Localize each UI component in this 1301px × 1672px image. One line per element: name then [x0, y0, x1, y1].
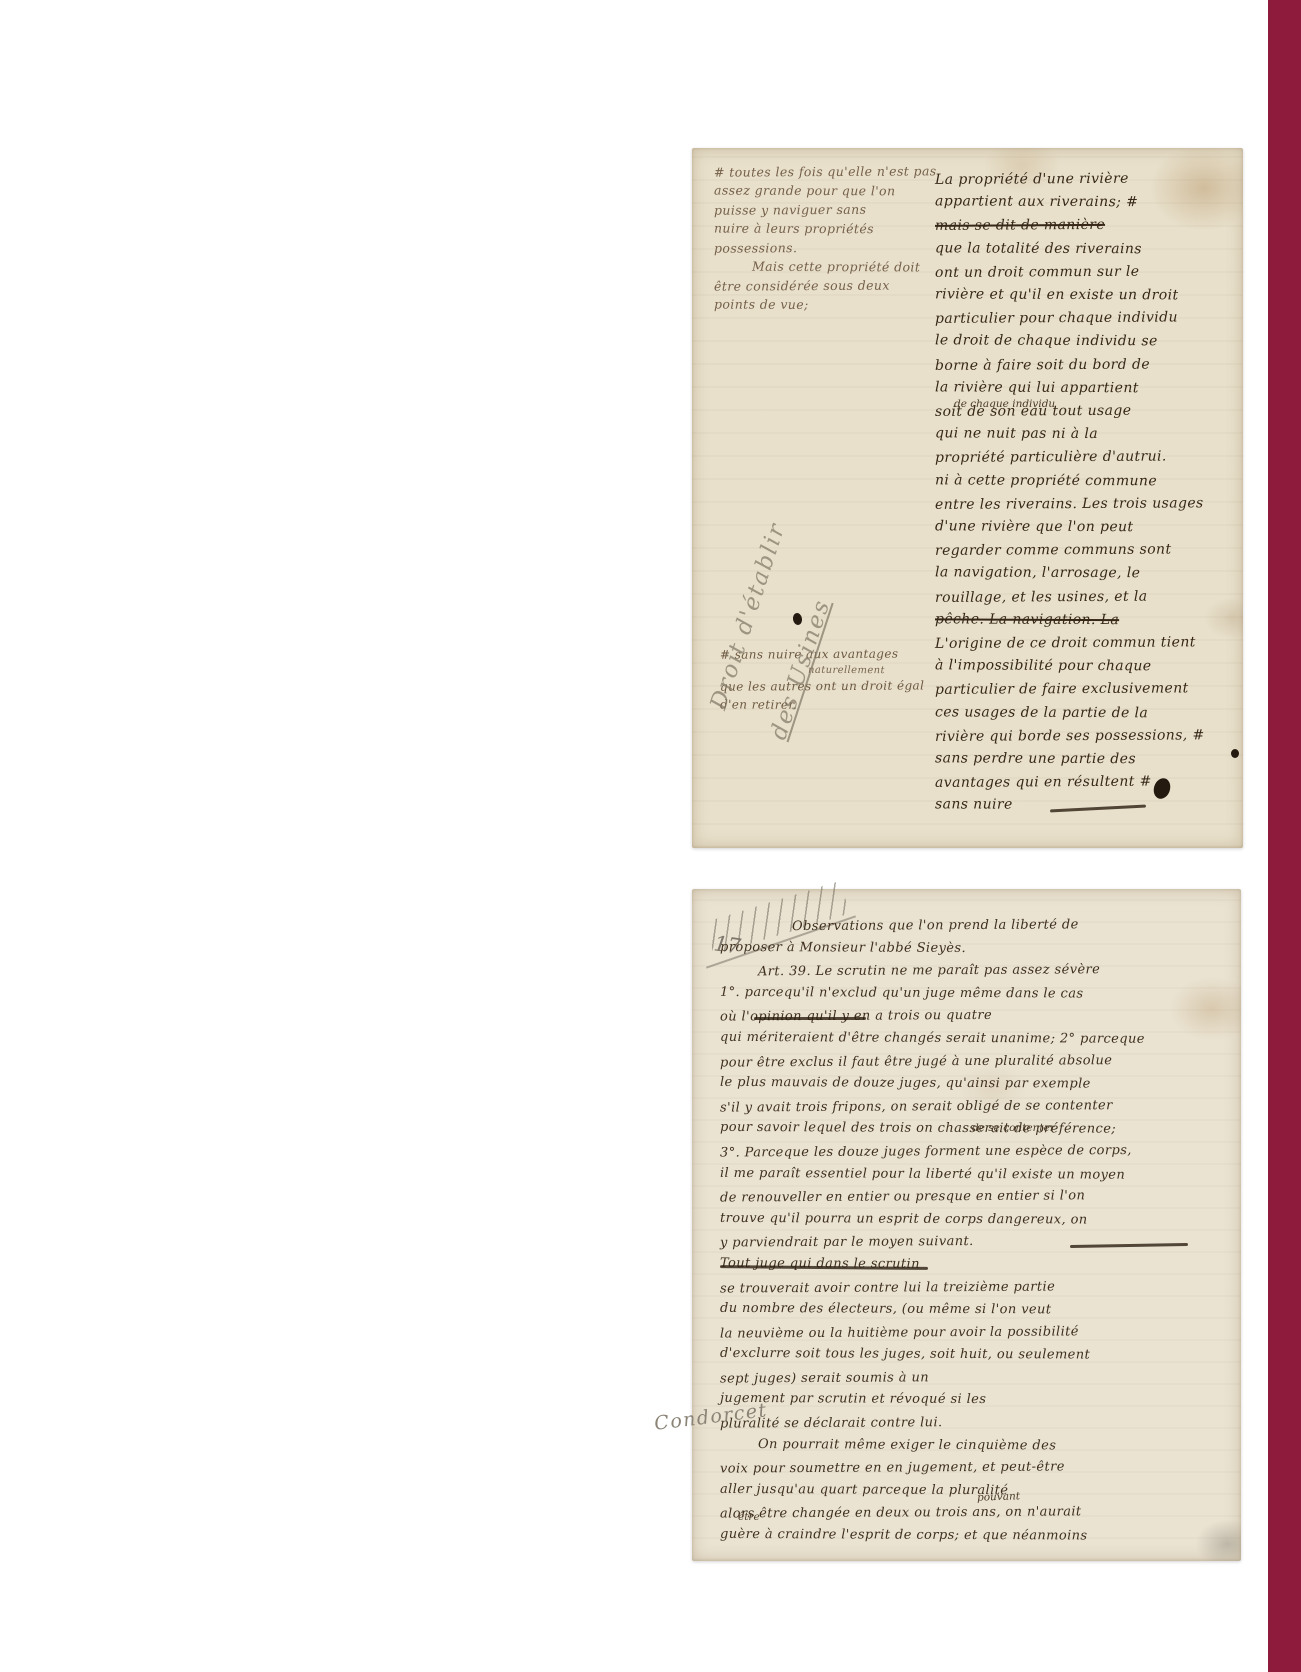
manuscript-line: le plus mauvais de douze juges, qu'ainsi… [720, 1072, 1228, 1097]
manuscript-line: pluralité se déclarait contre lui. [720, 1411, 1228, 1437]
manuscript-line: borne à faire soit du bord de [935, 353, 1240, 378]
manuscript-line: s'il y avait trois fripons, on serait ob… [720, 1094, 1228, 1120]
manuscript-line: à l'impossibilité pour chaque [935, 655, 1240, 680]
interlinear-insertion: de chaque individu [954, 398, 1055, 410]
manuscript-line: alors être changée en deux ou trois ans,… [720, 1501, 1228, 1527]
manuscript1-footnote: # sans nuire aux avantagesnaturellementq… [720, 645, 960, 716]
manuscript-line: 3°. Parceque les douze juges forment une… [720, 1139, 1228, 1165]
accent-bar [1268, 0, 1301, 1672]
manuscript-line: entre les riverains. Les trois usages [935, 492, 1240, 517]
manuscript-line: Observations que l'on prend la liberté d… [720, 913, 1228, 939]
manuscript-line: Mais cette propriété doit [714, 257, 939, 277]
manuscript-line: être considérée sous deux [714, 275, 939, 295]
manuscript-line: On pourrait même exiger le cinquième des [720, 1434, 1228, 1459]
manuscript-line: pêche. La navigation. La [935, 608, 1240, 633]
manuscript1-left-column: # toutes les fois qu'elle n'est pasassez… [714, 162, 939, 314]
manuscript-line: sans perdre une partie des [935, 747, 1240, 772]
manuscript-line: avantages qui en résultent # [935, 770, 1240, 795]
manuscript-line: mais se dit de manière [935, 213, 1240, 238]
manuscript-line: de renouveller en entier ou presque en e… [720, 1185, 1228, 1211]
manuscript-line: que la totalité des riverains [935, 237, 1240, 262]
manuscript-line: que les autres ont un droit égal [720, 676, 960, 697]
manuscript-line: proposer à Monsieur l'abbé Sieyès. [720, 936, 1228, 961]
manuscript-line: Art. 39. Le scrutin ne me paraît pas ass… [720, 959, 1228, 985]
manuscript1-right-column: La propriété d'une rivièreappartient aux… [935, 168, 1240, 818]
interlinear-insertion: pouvant [977, 1490, 1020, 1503]
manuscript-line: particulier de faire exclusivement [935, 678, 1240, 703]
manuscript-line: ont un droit commun sur le [935, 260, 1240, 285]
manuscript-line: jugement par scrutin et révoqué si les [720, 1388, 1228, 1413]
manuscript-line: naturellement [720, 664, 960, 677]
manuscript-line: sept juges) serait soumis à un [720, 1365, 1228, 1391]
manuscript-line: le droit de chaque individu se [935, 330, 1240, 355]
manuscript2-body: Observations que l'on prend la liberté d… [720, 915, 1228, 1548]
interlinear-insertion: de se contenter [972, 1122, 1055, 1134]
manuscript-line: # sans nuire aux avantages [720, 644, 960, 665]
manuscript-line: # toutes les fois qu'elle n'est pas [714, 161, 939, 181]
manuscript-line: propriété particulière d'autrui. [935, 446, 1240, 471]
manuscript-line: rivière et qu'il en existe un droit [935, 283, 1240, 308]
manuscript-line: trouve qu'il pourra un esprit de corps d… [720, 1208, 1228, 1233]
manuscript-line: la neuvième ou la huitième pour avoir la… [720, 1320, 1228, 1346]
manuscript-line: rouillage, et les usines, et la [935, 585, 1240, 610]
strike-mark [754, 1017, 866, 1020]
manuscript-line: guère à craindre l'esprit de corps; et q… [720, 1524, 1228, 1549]
manuscript-line: du nombre des électeurs, (ou même si l'o… [720, 1298, 1228, 1323]
manuscript-line: il me paraît essentiel pour la liberté q… [720, 1162, 1228, 1187]
interlinear-insertion: être [738, 1511, 760, 1523]
manuscript-line: voix pour soumettre en en jugement, et p… [720, 1456, 1228, 1482]
manuscript-line: assez grande pour que l'on [714, 181, 939, 201]
manuscript-line: d'exclurre soit tous les juges, soit hui… [720, 1343, 1228, 1368]
manuscript-line: 1°. parcequ'il n'exclud qu'un juge même … [720, 982, 1228, 1007]
manuscript-line: pour être exclus il faut être jugé à une… [720, 1049, 1228, 1075]
manuscript-line: regarder comme communs sont [935, 538, 1240, 563]
page-canvas: # toutes les fois qu'elle n'est pasassez… [0, 0, 1301, 1672]
manuscript-line: aller jusqu'au quart parceque la plurali… [720, 1479, 1228, 1504]
manuscript-line: appartient aux riverains; # [935, 191, 1240, 216]
manuscript-line: particulier pour chaque individu [935, 306, 1240, 331]
manuscript-line: qui ne nuit pas ni à la [935, 423, 1240, 448]
manuscript-line: d'une rivière que l'on peut [935, 515, 1240, 540]
manuscript-line: points de vue; [714, 295, 939, 315]
manuscript-line: rivière qui borde ses possessions, # [935, 724, 1240, 749]
manuscript-line: L'origine de ce droit commun tient [935, 631, 1240, 656]
manuscript-line: la navigation, l'arrosage, le [935, 562, 1240, 587]
manuscript-line: possessions. [714, 237, 939, 257]
manuscript-line: sans nuire [935, 794, 1240, 819]
manuscript-line: puisse y naviguer sans [714, 199, 939, 219]
manuscript-line: qui mériteraient d'être changés serait u… [720, 1027, 1228, 1052]
manuscript-line: ni à cette propriété commune [935, 469, 1240, 494]
manuscript-page-1: # toutes les fois qu'elle n'est pasassez… [692, 148, 1243, 848]
manuscript-line: nuire à leurs propriétés [714, 219, 939, 239]
manuscript-line: ces usages de la partie de la [935, 701, 1240, 726]
manuscript-page-2: 17 Observations que l'on prend la libert… [692, 889, 1241, 1561]
manuscript-line: se trouverait avoir contre lui la treizi… [720, 1275, 1228, 1301]
ink-blot [1231, 749, 1239, 758]
manuscript-line: d'en retirer. [720, 695, 960, 716]
manuscript-line: La propriété d'une rivière [935, 167, 1240, 192]
